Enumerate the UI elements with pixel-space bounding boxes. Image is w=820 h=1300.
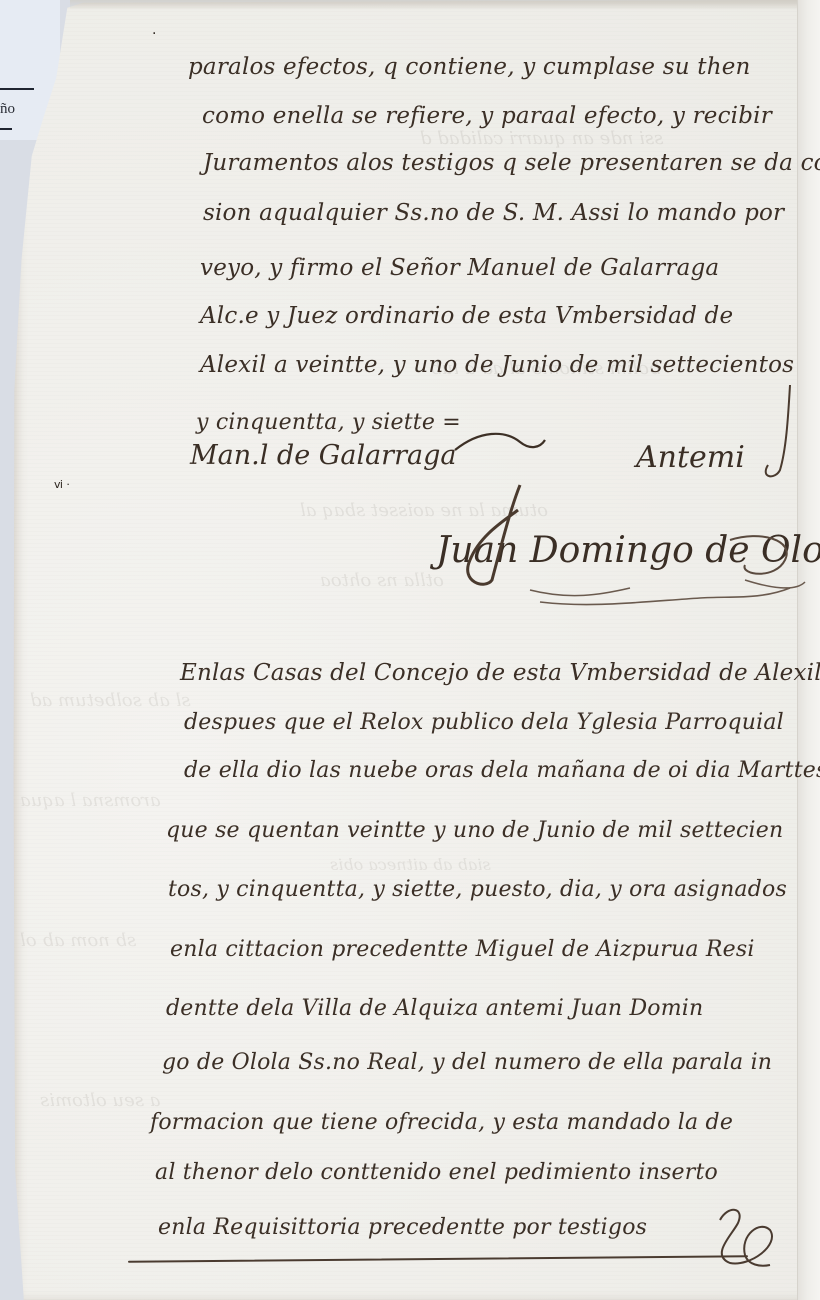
bleed-through-text: sb nom ab ol xyxy=(20,930,136,951)
notary-rubric-flourish xyxy=(400,470,820,630)
manuscript-line: formacion que tiene ofrecida, y esta man… xyxy=(150,1110,733,1135)
manuscript-line: Alexil a veintte, y uno de Junio de mil … xyxy=(200,352,794,378)
manuscript-line: Alc.e y Juez ordinario de esta Vmbersida… xyxy=(200,303,733,329)
label-scrap-text: ño xyxy=(0,101,15,118)
manuscript-line: enla Requisittoria precedentte por testi… xyxy=(158,1215,647,1240)
manuscript-line: dentte dela Villa de Alquiza antemi Juan… xyxy=(166,996,703,1021)
manuscript-line: veyo, y firmo el Señor Manuel de Galarra… xyxy=(200,255,719,281)
manuscript-line: como enella se refiere, y paraal efecto,… xyxy=(202,103,772,129)
bleed-through-text: siab ab aitneca obis xyxy=(330,855,491,874)
manuscript-line: despues que el Relox publico dela Yglesi… xyxy=(184,710,784,735)
bleed-through-text: aromsna l aqua xyxy=(20,790,161,811)
manuscript-line: tos, y cinquentta, y siette, puesto, dia… xyxy=(168,877,787,902)
manuscript-line: que se quentan veintte y uno de Junio de… xyxy=(166,818,783,843)
ink-dot: . xyxy=(152,22,156,38)
label-rule xyxy=(0,88,34,90)
manuscript-line: Enlas Casas del Concejo de esta Vmbersid… xyxy=(180,660,820,686)
manuscript-line: de ella dio las nuebe oras dela mañana d… xyxy=(184,758,820,783)
closing-flourish xyxy=(690,1195,790,1275)
antemi-rubric-flourish xyxy=(630,380,800,490)
manuscript-line: enla cittacion precedentte Miguel de Aiz… xyxy=(170,937,755,962)
ink-mark: ⅵ · xyxy=(54,478,70,491)
document-scan: ño ssi nde an quarri calidad d bolim sti… xyxy=(0,0,820,1300)
manuscript-line: sion aqualquier Ss.no de S. M. Assi lo m… xyxy=(203,200,784,226)
manuscript-line: paralos efectos, q contiene, y cumplase … xyxy=(188,54,751,80)
signature-galarraga: Man.l de Galarraga xyxy=(190,440,456,471)
bleed-through-text: ssi nde an quarri calidad d xyxy=(420,128,663,149)
manuscript-line: go de Olola Ss.no Real, y del numero de … xyxy=(162,1050,772,1075)
manuscript-line: al thenor delo conttenido enel pedimient… xyxy=(155,1160,718,1185)
manuscript-line: y cinquentta, y siette = xyxy=(196,410,461,435)
galarraga-rubric-flourish xyxy=(450,420,550,460)
label-rule xyxy=(0,128,12,130)
page-binding-strip xyxy=(797,0,820,1300)
torn-top-edge xyxy=(70,0,820,10)
bleed-through-text: sl ab solbetum ad xyxy=(30,690,191,711)
manuscript-line: Juramentos alos testigos q sele presenta… xyxy=(203,150,820,176)
bleed-through-text: a seu oltomis xyxy=(40,1090,160,1111)
